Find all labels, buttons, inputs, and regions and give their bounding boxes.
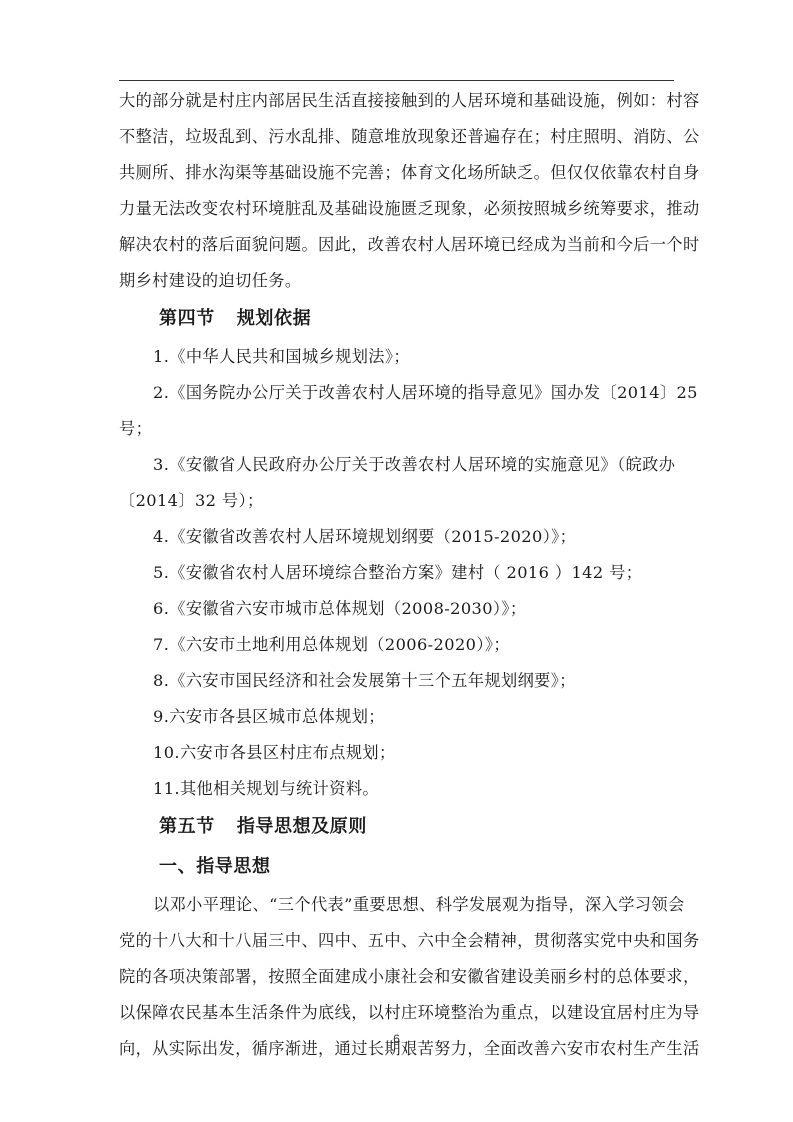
list-item: 11.其他相关规划与统计资料。 bbox=[119, 771, 674, 807]
paragraph-line: 党的十八大和十八届三中、四中、五中、六中全会精神，贯彻落实党中央和国务 bbox=[119, 923, 674, 959]
paragraph-line: 以邓小平理论、“三个代表”重要思想、科学发展观为指导，深入学习领会 bbox=[119, 887, 674, 923]
section-title: 指导思想及原则 bbox=[237, 816, 367, 837]
list-item: 4.《安徽省改善农村人居环境规划纲要（2015-2020）》； bbox=[119, 519, 674, 555]
paragraph-line: 共厕所、排水沟渠等基础设施不完善；体育文化场所缺乏。但仅仅依靠农村自身 bbox=[119, 155, 674, 191]
paragraph-line: 院的各项决策部署，按照全面建成小康社会和安徽省建设美丽乡村的总体要求， bbox=[119, 959, 674, 995]
subsection-heading: 一、指导思想 bbox=[119, 847, 674, 887]
section-heading-4: 第四节规划依据 bbox=[119, 299, 674, 339]
list-item: 2.《国务院办公厅关于改善农村人居环境的指导意见》国办发〔2014〕25 bbox=[119, 375, 674, 411]
page-number: 6 bbox=[0, 1032, 793, 1046]
paragraph-line: 期乡村建设的迫切任务。 bbox=[119, 263, 674, 299]
section-title: 规划依据 bbox=[237, 308, 311, 329]
list-item: 1.《中华人民共和国城乡规划法》； bbox=[119, 339, 674, 375]
list-item-continuation: 号； bbox=[119, 411, 674, 447]
section-heading-5: 第五节指导思想及原则 bbox=[119, 807, 674, 847]
paragraph-line: 以保障农民基本生活条件为底线，以村庄环境整治为重点，以建设宜居村庄为导 bbox=[119, 995, 674, 1031]
header-rule bbox=[119, 80, 674, 81]
list-item: 9.六安市各县区城市总体规划； bbox=[119, 699, 674, 735]
paragraph-line: 不整洁，垃圾乱到、污水乱排、随意堆放现象还普遍存在；村庄照明、消防、公 bbox=[119, 119, 674, 155]
section-number: 第五节 bbox=[159, 816, 215, 837]
page-body: 大的部分就是村庄内部居民生活直接接触到的人居环境和基础设施，例如：村容 不整洁，… bbox=[119, 83, 674, 1067]
list-item: 8.《六安市国民经济和社会发展第十三个五年规划纲要》； bbox=[119, 663, 674, 699]
intro-paragraph: 大的部分就是村庄内部居民生活直接接触到的人居环境和基础设施，例如：村容 不整洁，… bbox=[119, 83, 674, 299]
paragraph-line: 解决农村的落后面貌问题。因此，改善农村人居环境已经成为当前和今后一个时 bbox=[119, 227, 674, 263]
list-item: 10.六安市各县区村庄布点规划； bbox=[119, 735, 674, 771]
list-item: 5.《安徽省农村人居环境综合整治方案》建村（ 2016 ）142 号； bbox=[119, 555, 674, 591]
list-item: 3.《安徽省人民政府办公厅关于改善农村人居环境的实施意见》（皖政办 bbox=[119, 447, 674, 483]
paragraph-line: 力量无法改变农村环境脏乱及基础设施匮乏现象，必须按照城乡统筹要求，推动 bbox=[119, 191, 674, 227]
section-number: 第四节 bbox=[159, 308, 215, 329]
list-item-continuation: 〔2014〕32 号）； bbox=[119, 483, 674, 519]
list-item: 6.《安徽省六安市城市总体规划（2008-2030）》； bbox=[119, 591, 674, 627]
paragraph-line: 大的部分就是村庄内部居民生活直接接触到的人居环境和基础设施，例如：村容 bbox=[119, 83, 674, 119]
list-item: 7.《六安市土地利用总体规划（2006-2020）》； bbox=[119, 627, 674, 663]
basis-list: 1.《中华人民共和国城乡规划法》； 2.《国务院办公厅关于改善农村人居环境的指导… bbox=[119, 339, 674, 807]
